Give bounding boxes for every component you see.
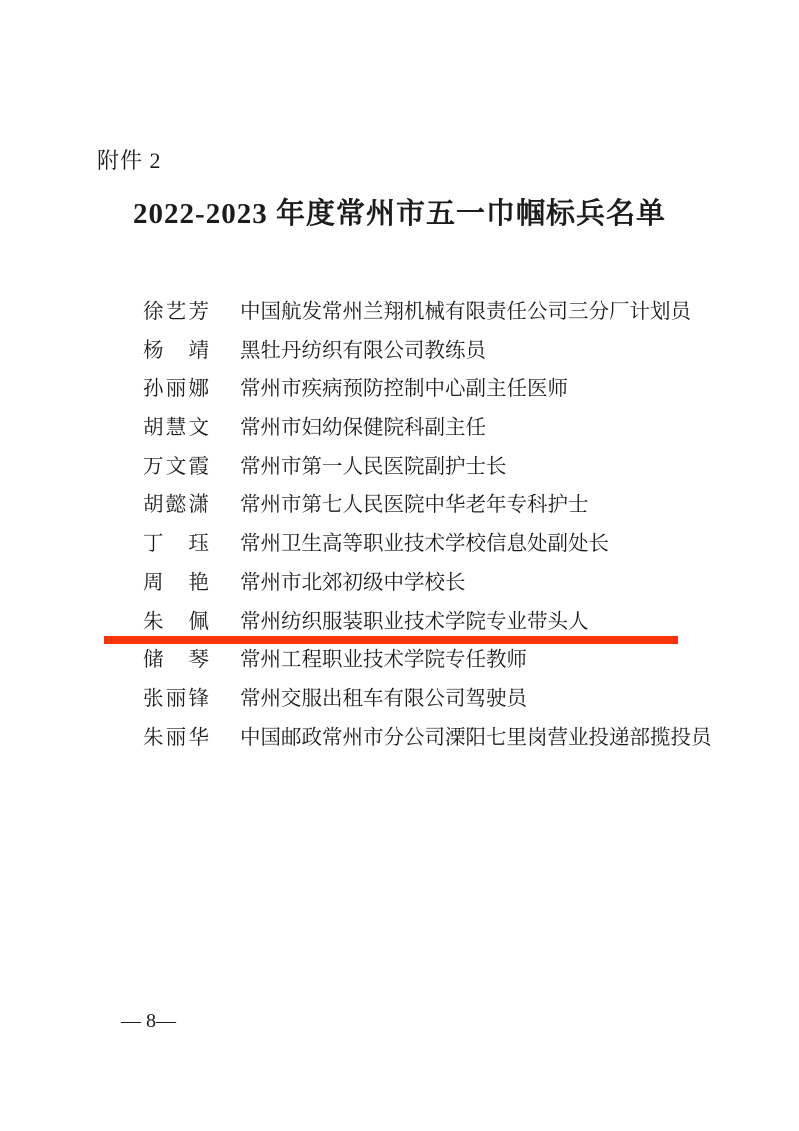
honoree-name: 万文霞 [143,448,209,487]
table-row: 孙丽娜 常州市疾病预防控制中心副主任医师 [143,370,703,409]
honoree-name-char: 琴 [189,641,210,680]
honoree-affiliation: 常州工程职业技术学院专任教师 [240,641,527,680]
honoree-name-char: 胡 [143,486,164,525]
table-row: 丁珏 常州卫生高等职业技术学校信息处副处长 [143,525,703,564]
table-row: 徐艺芳 中国航发常州兰翔机械有限责任公司三分厂计划员 [143,293,703,332]
honoree-name-char: 珏 [189,525,210,564]
honoree-name-char: 靖 [189,332,210,371]
honoree-name: 孙丽娜 [143,370,209,409]
honoree-name-char: 懿 [166,486,187,525]
honoree-name-char: 华 [189,719,210,758]
honoree-name-char: 胡 [143,409,164,448]
table-row: 胡慧文 常州市妇幼保健院科副主任 [143,409,703,448]
honoree-name: 储琴 [143,641,209,680]
honoree-name-char: 潇 [189,486,210,525]
page-title: 2022-2023 年度常州市五一巾帼标兵名单 [0,196,799,232]
honoree-affiliation: 常州市第一人民医院副护士长 [240,448,507,487]
honoree-name: 丁珏 [143,525,209,564]
document-page: 附件 2 2022-2023 年度常州市五一巾帼标兵名单 徐艺芳 中国航发常州兰… [0,0,799,1131]
honoree-name: 胡懿潇 [143,486,209,525]
honoree-name-char: 艳 [189,564,210,603]
honoree-name-char: 娜 [189,370,210,409]
honoree-name-char: 丽 [166,719,187,758]
honoree-name-char: 丽 [166,680,187,719]
honoree-name-char: 芳 [189,293,210,332]
honoree-name-char: 文 [189,409,210,448]
honoree-affiliation: 常州市妇幼保健院科副主任 [240,409,486,448]
page-number: — 8— [121,1008,176,1034]
honoree-name-char: 文 [166,448,187,487]
table-row: 朱佩 常州纺织服装职业技术学院专业带头人 [143,603,703,642]
honoree-name-char: 慧 [166,409,187,448]
honoree-affiliation: 黑牡丹纺织有限公司教练员 [240,332,486,371]
honoree-name-char: 朱 [143,719,164,758]
honoree-name: 杨靖 [143,332,209,371]
honoree-name-char: 储 [143,641,164,680]
table-row: 杨靖 黑牡丹纺织有限公司教练员 [143,332,703,371]
honoree-name: 张丽锋 [143,680,209,719]
honoree-affiliation: 常州交服出租车有限公司驾驶员 [240,680,527,719]
honoree-name-char: 艺 [166,293,187,332]
honoree-affiliation: 常州卫生高等职业技术学校信息处副处长 [240,525,609,564]
honoree-name-char: 锋 [189,680,210,719]
table-row: 万文霞 常州市第一人民医院副护士长 [143,448,703,487]
table-row: 周艳 常州市北郊初级中学校长 [143,564,703,603]
honoree-name-char: 丁 [143,525,164,564]
honoree-affiliation: 中国邮政常州市分公司溧阳七里岗营业投递部揽投员 [240,719,712,758]
honoree-affiliation: 中国航发常州兰翔机械有限责任公司三分厂计划员 [240,293,691,332]
honoree-name-char: 周 [143,564,164,603]
honoree-name: 胡慧文 [143,409,209,448]
honoree-name-char: 杨 [143,332,164,371]
honoree-list: 徐艺芳 中国航发常州兰翔机械有限责任公司三分厂计划员 杨靖 黑牡丹纺织有限公司教… [143,293,703,757]
honoree-name-char: 孙 [143,370,164,409]
honoree-name-char: 霞 [189,448,210,487]
honoree-name-char: 徐 [143,293,164,332]
honoree-affiliation: 常州市北郊初级中学校长 [240,564,466,603]
honoree-affiliation: 常州市疾病预防控制中心副主任医师 [240,370,568,409]
honoree-affiliation: 常州市第七人民医院中华老年专科护士 [240,486,589,525]
honoree-name-char: 丽 [166,370,187,409]
honoree-name-char: 张 [143,680,164,719]
honoree-name: 徐艺芳 [143,293,209,332]
table-row: 储琴 常州工程职业技术学院专任教师 [143,641,703,680]
honoree-name: 周艳 [143,564,209,603]
table-row: 朱丽华 中国邮政常州市分公司溧阳七里岗营业投递部揽投员 [143,719,703,758]
attachment-label: 附件 2 [97,148,162,174]
honoree-name: 朱丽华 [143,719,209,758]
table-row: 张丽锋 常州交服出租车有限公司驾驶员 [143,680,703,719]
honoree-name-char: 万 [143,448,164,487]
table-row: 胡懿潇 常州市第七人民医院中华老年专科护士 [143,486,703,525]
